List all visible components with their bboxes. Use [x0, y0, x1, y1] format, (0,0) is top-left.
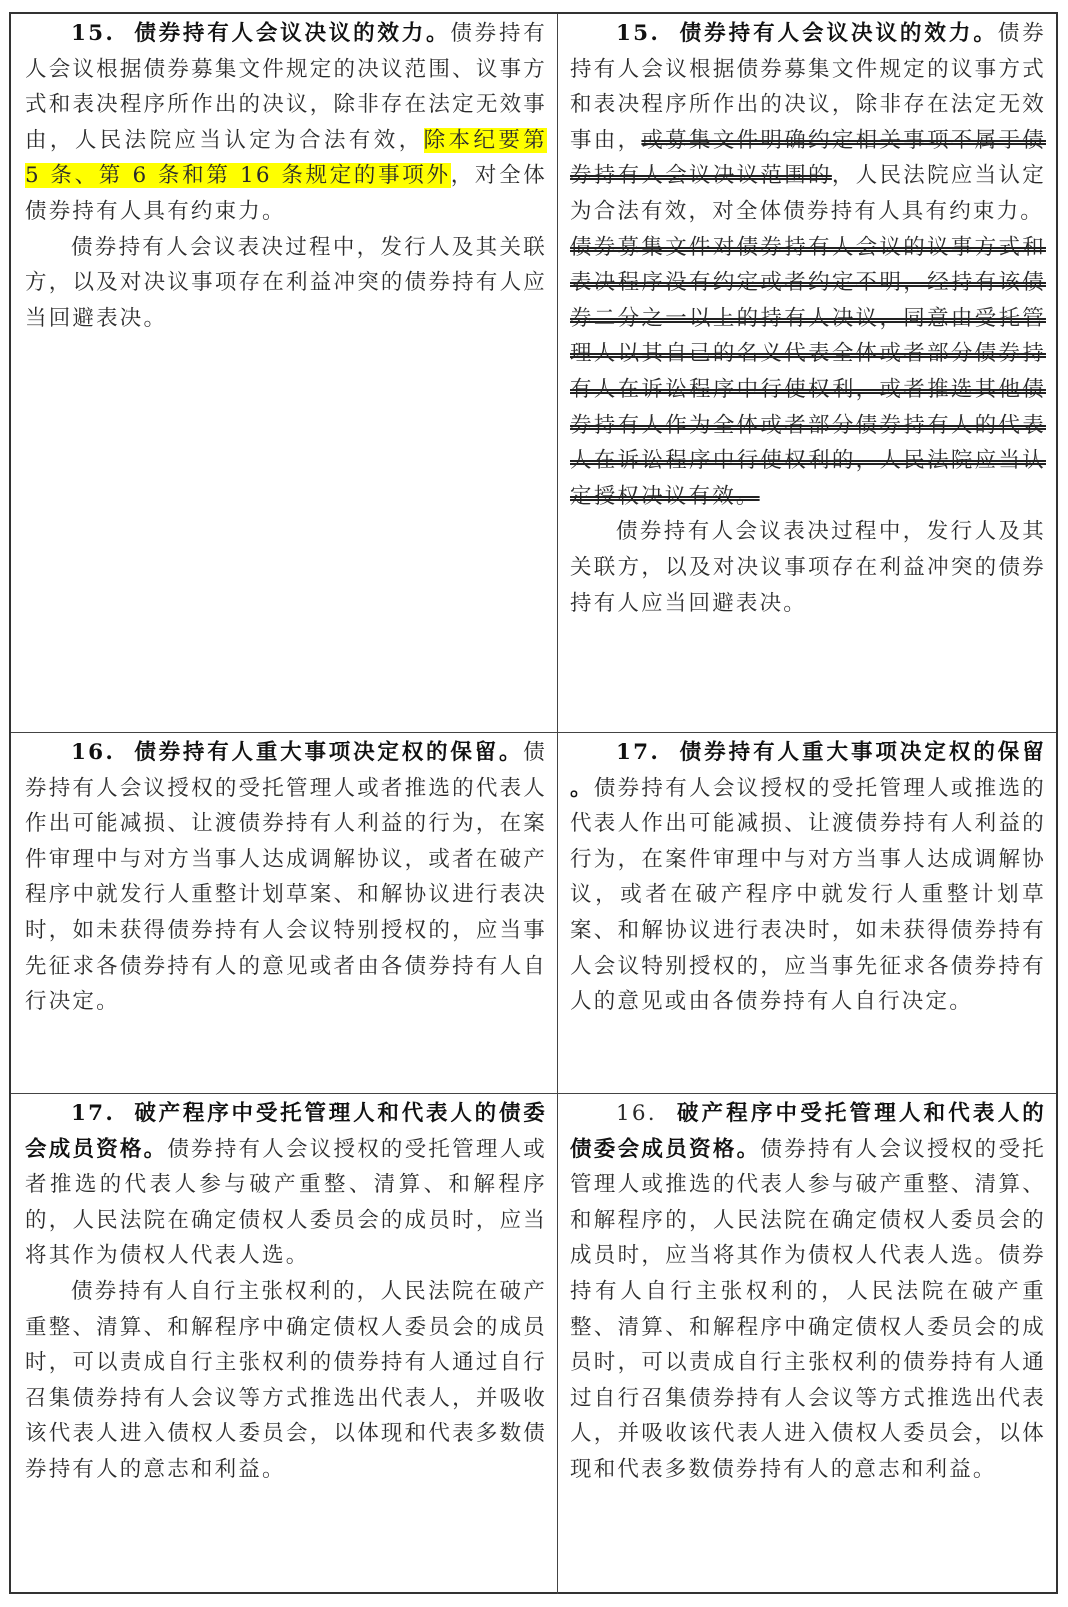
table-row: 16. 债券持有人重大事项决定权的保留。债券持有人会议授权的受托管理人或者推选的…	[11, 733, 1056, 1094]
body-text: 债券持有人会议授权的受托管理人或推选的代表人参与破产重整、清算、和解程序的，人民…	[570, 1137, 1046, 1482]
paragraph: 债券募集文件对债券持有人会议的议事方式和表决程序没有约定或者约定不明，经持有该债…	[570, 230, 1046, 515]
paragraph: 15. 债券持有人会议决议的效力。债券持有人会议根据债券募集文件规定的议事方式和…	[570, 16, 1046, 230]
cell-left-article-17: 17. 破产程序中受托管理人和代表人的债委会成员资格。债券持有人会议授权的受托管…	[11, 1094, 558, 1594]
cell-right-article-15: 15. 债券持有人会议决议的效力。债券持有人会议根据债券募集文件规定的议事方式和…	[558, 14, 1058, 732]
article-number: 16.	[616, 1101, 657, 1126]
table-row: 17. 破产程序中受托管理人和代表人的债委会成员资格。债券持有人会议授权的受托管…	[11, 1094, 1056, 1594]
paragraph: 债券持有人自行主张权利的，人民法院在破产重整、清算、和解程序中确定债权人委员会的…	[25, 1274, 547, 1488]
body-text: 债券持有人会议授权的受托管理人或者推选的代表人作出可能减损、让渡债券持有人利益的…	[25, 740, 547, 1014]
paragraph: 债券持有人会议表决过程中，发行人及其关联方，以及对决议事项存在利益冲突的债券持有…	[25, 230, 547, 337]
cell-left-article-16: 16. 债券持有人重大事项决定权的保留。债券持有人会议授权的受托管理人或者推选的…	[11, 733, 558, 1093]
paragraph: 16. 破产程序中受托管理人和代表人的债委会成员资格。债券持有人会议授权的受托管…	[570, 1096, 1046, 1488]
paragraph: 16. 债券持有人重大事项决定权的保留。债券持有人会议授权的受托管理人或者推选的…	[25, 735, 547, 1020]
paragraph: 债券持有人会议表决过程中，发行人及其关联方，以及对决议事项存在利益冲突的债券持有…	[570, 514, 1046, 621]
cell-right-article-17: 17. 债券持有人重大事项决定权的保留 。债券持有人会议授权的受托管理人或推选的…	[558, 733, 1058, 1093]
comparison-table: 15. 债券持有人会议决议的效力。债券持有人会议根据债券募集文件规定的决议范围、…	[9, 12, 1058, 1594]
cell-left-article-15: 15. 债券持有人会议决议的效力。债券持有人会议根据债券募集文件规定的决议范围、…	[11, 14, 558, 732]
paragraph: 17. 债券持有人重大事项决定权的保留 。债券持有人会议授权的受托管理人或推选的…	[570, 735, 1046, 1020]
body-text: 债券持有人会议授权的受托管理人或推选的代表人作出可能减损、让渡债券持有人利益的行…	[570, 776, 1046, 1015]
article-number: 17.	[71, 1101, 115, 1126]
paragraph: 17. 破产程序中受托管理人和代表人的债委会成员资格。债券持有人会议授权的受托管…	[25, 1096, 547, 1274]
article-number: 15.	[71, 21, 115, 46]
article-heading: 债券持有人会议决议的效力。	[680, 21, 998, 46]
paragraph: 15. 债券持有人会议决议的效力。债券持有人会议根据债券募集文件规定的决议范围、…	[25, 16, 547, 230]
article-number: 17.	[616, 740, 660, 765]
article-heading: 债券持有人会议决议的效力。	[134, 21, 450, 46]
article-number: 16.	[71, 740, 115, 765]
cell-right-article-16: 16. 破产程序中受托管理人和代表人的债委会成员资格。债券持有人会议授权的受托管…	[558, 1094, 1058, 1594]
table-row: 15. 债券持有人会议决议的效力。债券持有人会议根据债券募集文件规定的决议范围、…	[11, 14, 1056, 733]
article-number: 15.	[616, 21, 660, 46]
article-heading: 债券持有人重大事项决定权的保留。	[134, 740, 523, 765]
deleted-text: 债券募集文件对债券持有人会议的议事方式和表决程序没有约定或者约定不明，经持有该债…	[570, 235, 1046, 509]
